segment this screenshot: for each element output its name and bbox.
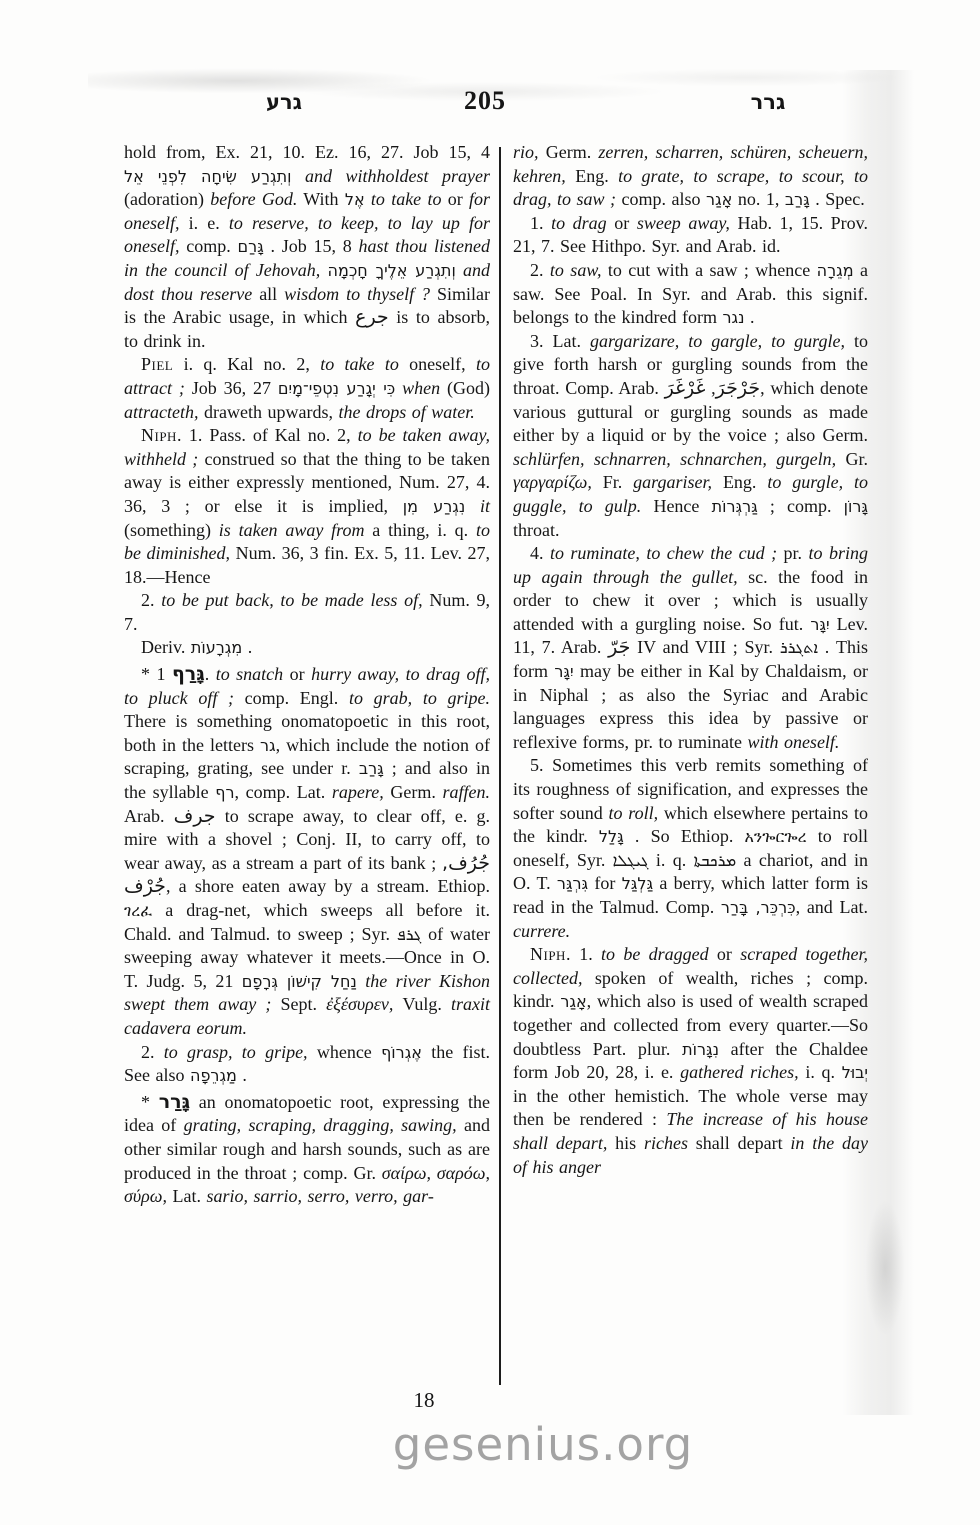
hebrew-text: גַּלְגַּל (622, 874, 653, 893)
italic-text: to take to (371, 189, 442, 209)
text-run: * (141, 1092, 159, 1112)
text-run: oneself, (399, 354, 476, 374)
smallcaps-label: Piel (141, 354, 173, 374)
text-run (456, 260, 463, 280)
text-run: Hence (641, 496, 711, 516)
smallcaps-label: Niph. (141, 425, 182, 445)
text-run: i. q. (799, 1062, 842, 1082)
text-run: Eng. (566, 166, 618, 186)
text-run: Deriv. (141, 637, 191, 657)
text-run: a thing, i. q. (364, 520, 475, 540)
paragraph-right-3: 2. to saw, to cut with a saw ; whence מְ… (513, 259, 868, 330)
hebrew-text: נַחַל קִישׁוֹן גְּרָפָם (242, 972, 357, 991)
column-right: rio, Germ. zerren, scharren, schüren, sc… (513, 141, 868, 1179)
text-run: i. q. (649, 850, 694, 870)
text-run (357, 971, 365, 991)
page-number: 205 (430, 86, 540, 116)
hebrew-text: יְבוּל (842, 1063, 868, 1082)
text-run: 2. (141, 590, 161, 610)
hebrew-text: גַּרְגְּרוֹת (712, 497, 758, 516)
text-run: no. 1, (732, 189, 785, 209)
hebrew-text: מְגֵרָה (817, 261, 854, 280)
text-run: ; comp. (758, 496, 844, 516)
italic-text: raffen. (443, 782, 491, 802)
text-run: Germ. (384, 782, 443, 802)
italic-text: sweep away, (637, 213, 730, 233)
column-divider-rule (499, 147, 501, 1385)
text-run: Fr. (592, 472, 633, 492)
text-run: pr. (777, 543, 808, 563)
arabic-text: جَرْجَرَ (716, 377, 760, 399)
text-run: his (607, 1133, 644, 1153)
paragraph-left-4: 2. to be put back, to be made less of, N… (124, 589, 490, 636)
text-run: or (607, 213, 637, 233)
text-run: Arab. (124, 806, 174, 826)
italic-text: to drag (551, 213, 607, 233)
paragraph-left-2: Piel i. q. Kal no. 2, to take to oneself… (124, 353, 490, 424)
gesenius-org-watermark: gesenius.org (293, 1418, 793, 1471)
text-run: * (141, 664, 156, 684)
text-run: 1. (530, 213, 551, 233)
italic-text: the drops of water. (338, 402, 474, 422)
italic-text: to take to (320, 354, 399, 374)
italic-text: and withholdest prayer (291, 166, 490, 186)
hebrew-text: נִגְרַע מִן (403, 497, 466, 516)
text-run: i. e. (180, 213, 229, 233)
text-run (320, 260, 327, 280)
text-run: or (709, 944, 741, 964)
text-run: Sept. (271, 994, 326, 1014)
text-run: . (745, 307, 755, 327)
text-run: comp. Engl. (234, 688, 349, 708)
text-run: (God) (440, 378, 490, 398)
italic-text: attracteth, (124, 402, 199, 422)
italic-text: to ruminate, to chew the cud ; (550, 543, 777, 563)
hebrew-text: גָּרַב (359, 759, 384, 778)
paragraph-left-8: * גָּרַר an onomatopoetic root, expressi… (124, 1091, 490, 1209)
column-left: hold from, Ex. 21, 10. Ez. 16, 27. Job 1… (124, 141, 490, 1209)
italic-text: to grasp, to gripe, (164, 1042, 308, 1062)
ethiopic-text: ገረፈ (124, 901, 152, 920)
italic-text: grating, scraping, dragging, sawing, (184, 1115, 457, 1135)
text-run: Lat. (167, 1186, 207, 1206)
ethiopic-text: አንጐርጐረ (745, 827, 807, 846)
italic-text: is taken away from (219, 520, 365, 540)
text-run: i. q. Kal no. 2, (173, 354, 320, 374)
paragraph-left-3: Niph. 1. Pass. of Kal no. 2, to be taken… (124, 424, 490, 589)
hebrew-text: גָּלַל (599, 827, 624, 846)
syriac-text: ܓܪܦ (397, 925, 421, 944)
italic-text: rapere, (332, 782, 384, 802)
italic-text: to be put back, to be made less of, (161, 590, 422, 610)
italic-text: to grab, to gripe. (349, 688, 490, 708)
text-run: for (588, 873, 622, 893)
text-run: . Job 15, 8 (264, 236, 359, 256)
hebrew-text: גָּרַם (238, 237, 264, 256)
text-run: throat. (513, 520, 560, 540)
italic-text: riches (644, 1133, 688, 1153)
text-run: (something) (124, 520, 219, 540)
paragraph-right-1: rio, Germ. zerren, scharren, schüren, sc… (513, 141, 868, 212)
italic-text: to be dragged (601, 944, 709, 964)
paragraph-left-6: * גָּרַף 1. to snatch or hurry away, to … (124, 663, 490, 1041)
text-run: Eng. (712, 472, 767, 492)
text-run: comp. (180, 236, 238, 256)
text-run: draweth upwards, (199, 402, 339, 422)
syriac-text: ܡܪܟܒܬܐ (694, 851, 737, 870)
text-run: Vulg. (393, 994, 451, 1014)
italic-text: sario, sarrio, serro, verro, gar- (207, 1186, 434, 1206)
paragraph-right-5: 4. to ruminate, to chew the cud ; pr. to… (513, 542, 868, 754)
hebrew-text: נגר (722, 308, 744, 327)
hebrew-text: וְתִגְרַע שִׂיחָה לִפְנֵי אֵל (124, 167, 291, 186)
arabic-text: جَرّ (608, 636, 630, 658)
hebrew-text: אֶל (345, 190, 365, 209)
text-run: . Spec. (810, 189, 865, 209)
smallcaps-label: Niph. (530, 944, 571, 964)
scan-artifact-blotch (855, 1180, 915, 1400)
paragraph-right-4: 3. Lat. gargarizare, to gargle, to gurgl… (513, 330, 868, 542)
text-run: IV and VIII ; Syr. (630, 637, 779, 657)
text-run: , a shore eaten away by a stream. Ethiop… (166, 876, 490, 896)
arabic-text: جرف (174, 805, 216, 827)
hebrew-headword: גָּרַף (172, 663, 205, 685)
text-run: 4. (530, 543, 550, 563)
hebrew-text: גר (260, 736, 276, 755)
italic-text: wisdom to thyself ? (284, 284, 430, 304)
hebrew-text: מִגְרָעוֹת (191, 638, 242, 657)
text-run: Job 36, 27 (185, 378, 278, 398)
italic-text: rio, (513, 142, 539, 162)
paragraph-left-7: 2. to grasp, to gripe, whence אֶגְרוֹף t… (124, 1041, 490, 1088)
running-head-left-hebrew: גרע (244, 90, 324, 114)
hebrew-headword: גָּרַר (159, 1091, 190, 1113)
text-run: Gr. (836, 449, 868, 469)
hebrew-text: גִּרְגַּר (557, 874, 588, 893)
text-run: 3. Lat. (530, 331, 590, 351)
text-run: or (283, 664, 311, 684)
italic-text: currere. (513, 921, 570, 941)
text-run: 1. (571, 944, 601, 964)
text-run: or (441, 189, 469, 209)
hebrew-text: כִּרְכֵּר, בָּרַר (721, 898, 796, 917)
text-run: (adoration) (124, 189, 210, 209)
italic-text: before God. (210, 189, 297, 209)
text-run: all (252, 284, 284, 304)
italic-text: to snatch (216, 664, 283, 684)
hebrew-text: יִגָּר (810, 615, 829, 634)
paragraph-left-5: Deriv. מִגְרָעוֹת . (124, 636, 490, 660)
italic-text: it (480, 496, 490, 516)
text-run: 1. Pass. of Kal no. 2, (182, 425, 358, 445)
italic-text: when (402, 378, 440, 398)
italic-text: with oneself. (747, 732, 839, 752)
text-run: shall depart (688, 1133, 790, 1153)
text-run: hold from, Ex. 21, 10. Ez. 16, 27. Job 1… (124, 142, 490, 162)
hebrew-text: אֶגְרוֹף (381, 1043, 422, 1062)
text-run: Germ. (539, 142, 599, 162)
greek-text: ἐξέσυρεν, (326, 994, 393, 1014)
text-run: whence (308, 1042, 382, 1062)
text-run: 2. (530, 260, 550, 280)
scanned-page: גרע 205 גרר hold from, Ex. 21, 10. Ez. 1… (0, 0, 980, 1525)
text-run: , comp. Lat. (235, 782, 332, 802)
text-run (465, 496, 480, 516)
italic-text: schlürfen, schnarren, schnarchen, gurgel… (513, 449, 836, 469)
hebrew-text: מַגְרֵפָה (190, 1066, 237, 1085)
text-run: 2. (141, 1042, 164, 1062)
italic-text: to saw, (550, 260, 602, 280)
text-run: to cut with a saw ; whence (601, 260, 816, 280)
running-head-right-hebrew: גרר (728, 90, 808, 114)
printer-signature-number: 18 (396, 1388, 452, 1413)
hebrew-text: יִגָּר (554, 662, 573, 681)
paragraph-left-1: hold from, Ex. 21, 10. Ez. 16, 27. Job 1… (124, 141, 490, 353)
text-run: comp. also (616, 189, 706, 209)
syriac-text: ܓܝܓܠܐ (613, 851, 649, 870)
hebrew-text: אָגַר (560, 992, 586, 1011)
hebrew-text: גָּרַב (785, 190, 810, 209)
hebrew-text: וְתִגְרַע אֵלֶיךָ חָכְמָה (328, 261, 456, 280)
hebrew-text: נִגָּרוֹת (682, 1040, 719, 1059)
text-run: With (297, 189, 345, 209)
text-run: . (242, 637, 252, 657)
paragraph-right-2: 1. to drag or sweep away, Hab. 1, 15. Pr… (513, 212, 868, 259)
italic-text: to roll, (608, 803, 658, 823)
text-run: . (237, 1065, 247, 1085)
italic-text: gargariser, (633, 472, 712, 492)
arabic-text: جرع (355, 306, 389, 328)
paragraph-right-6: 5. Sometimes this verb remits something … (513, 754, 868, 943)
arabic-text: غَرْغَرَ (665, 377, 706, 399)
hebrew-text: רף (215, 783, 234, 802)
greek-text: γαργαρίζω, (513, 472, 592, 492)
text-run: . So Ethiop. (624, 826, 745, 846)
text-run: , (705, 378, 715, 398)
hebrew-text: אָגַר (706, 190, 732, 209)
italic-text: gargarizare, to gargle, to gurgle, (590, 331, 845, 351)
hebrew-text: כִּי יְגָרַע נִטְפֵי־מָיִם (278, 379, 395, 398)
paragraph-right-7: Niph. 1. to be dragged or scraped togeth… (513, 943, 868, 1179)
syriac-text: ܐܬܓܪܪ (780, 638, 818, 657)
hebrew-text: גָּרוֹן (844, 497, 868, 516)
italic-text: gathered riches, (680, 1062, 799, 1082)
text-run: , and Lat. (796, 897, 868, 917)
